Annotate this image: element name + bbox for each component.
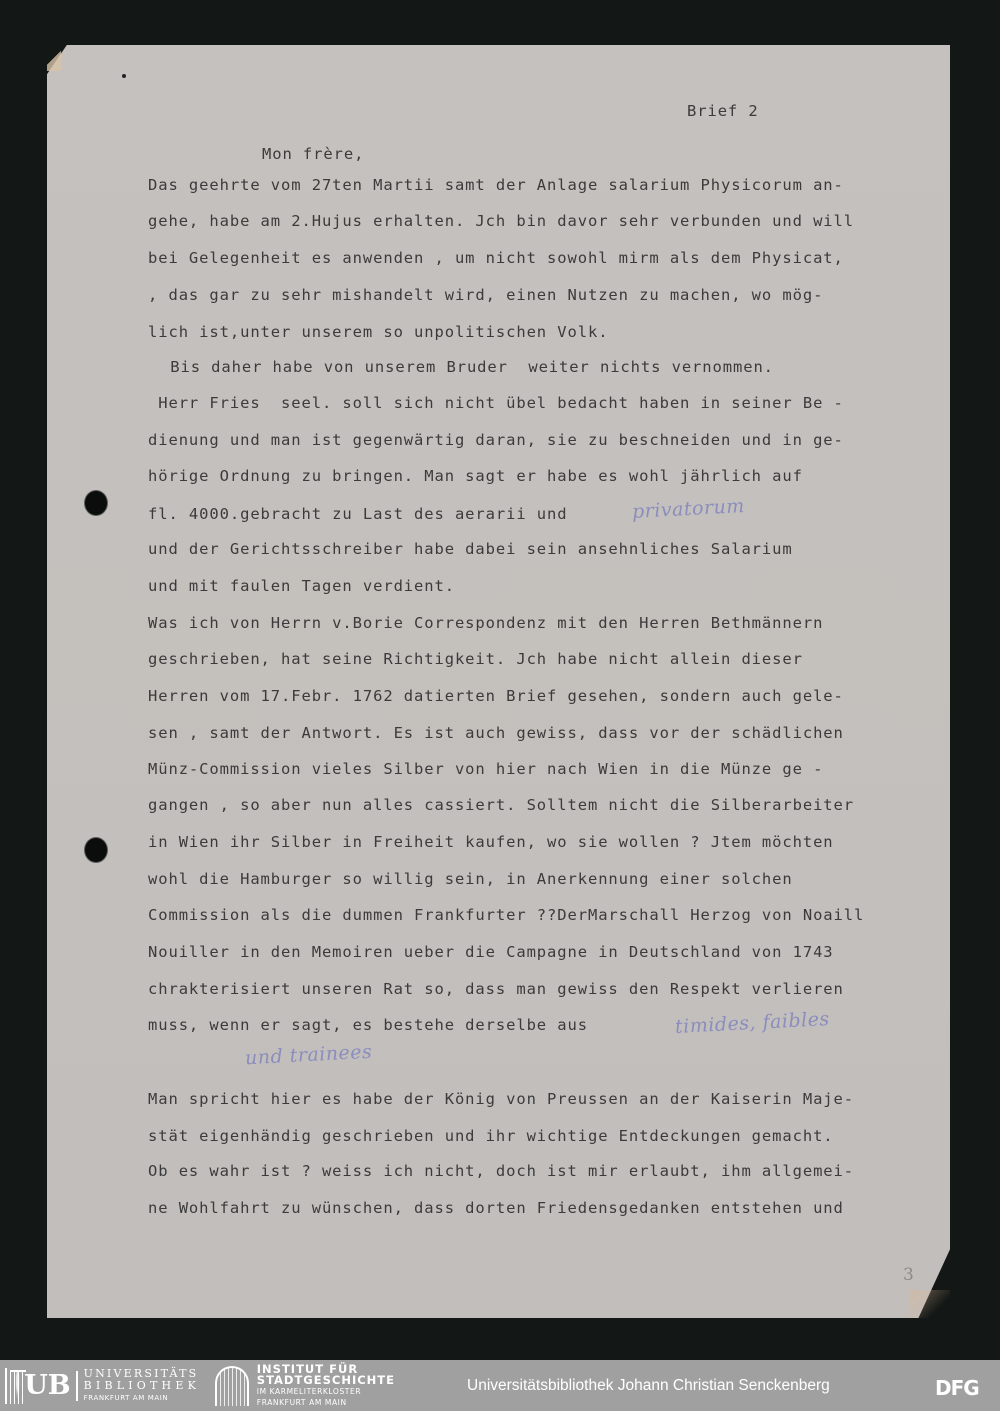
text-line: in Wien ihr Silber in Freiheit kaufen, w… (148, 833, 834, 851)
text-line: hörige Ordnung zu bringen. Man sagt er h… (148, 467, 803, 485)
text-line: dienung und man ist gegenwärtig daran, s… (148, 431, 844, 449)
letter-header: Brief 2 (687, 102, 759, 120)
library-title-link[interactable]: Universitätsbibliothek Johann Christian … (467, 1377, 830, 1395)
columns-icon (5, 1368, 12, 1404)
isg-logo[interactable]: INSTITUT FÜR STADTGESCHICHTE IM KARMELIT… (215, 1365, 395, 1407)
text-line: Was ich von Herrn v.Borie Correspondenz … (148, 614, 823, 632)
text-line: gehe, habe am 2.Hujus erhalten. Jch bin … (148, 212, 854, 230)
text-line: muss, wenn er sagt, es bestehe derselbe … (148, 1016, 588, 1034)
text-line: Das geehrte vom 27ten Martii samt der An… (148, 176, 844, 194)
salutation: Mon frère, (262, 145, 364, 163)
text-line: fl. 4000.gebracht zu Last des aerarii un… (148, 505, 568, 523)
text-line: Münz-Commission vieles Silber von hier n… (148, 760, 823, 778)
text-line: , das gar zu sehr mishandelt wird, einen… (148, 286, 823, 304)
pencil-annotation: timides, faibles (675, 1008, 831, 1038)
pencil-annotation: und trainees (245, 1041, 373, 1070)
isg-logo-line3: IM KARMELITERKLOSTER (257, 1386, 395, 1397)
typed-letter: Brief 2 Mon frère, Das geehrte vom 27ten… (0, 0, 1000, 1360)
ub-logo[interactable]: UB UNIVERSITÄTS BIBLIOTHEK FRANKFURT AM … (5, 1365, 200, 1407)
text-line: Ob es wahr ist ? weiss ich nicht, doch i… (148, 1162, 854, 1180)
text-line: Commission als die dummen Frankfurter ??… (148, 906, 864, 924)
text-line: sen , samt der Antwort. Es ist auch gewi… (148, 724, 844, 742)
text-line: bei Gelegenheit es anwenden , um nicht s… (148, 249, 844, 267)
text-line: wohl die Hamburger so willig sein, in An… (148, 870, 793, 888)
dfg-logo[interactable]: DFG (935, 1376, 979, 1400)
text-line: geschrieben, hat seine Richtigkeit. Jch … (148, 650, 803, 668)
text-line: lich ist,unter unserem so unpolitischen … (148, 323, 608, 341)
text-line: Bis daher habe von unserem Bruder weiter… (160, 358, 774, 376)
text-line: Man spricht hier es habe der König von P… (148, 1090, 854, 1108)
footer-bar: UB UNIVERSITÄTS BIBLIOTHEK FRANKFURT AM … (0, 1360, 1000, 1411)
text-line: Herr Fries seel. soll sich nicht übel be… (148, 394, 844, 412)
ub-logo-line2: BIBLIOTHEK (84, 1380, 200, 1392)
text-line: Herren vom 17.Febr. 1762 datierten Brief… (148, 687, 844, 705)
text-line: chrakterisiert unseren Rat so, dass man … (148, 980, 844, 998)
ub-logo-line3: FRANKFURT AM MAIN (84, 1392, 200, 1404)
isg-logo-line2: STADTGESCHICHTE (257, 1375, 395, 1386)
arch-icon (215, 1366, 249, 1406)
text-line: Nouiller in den Memoiren ueber die Campa… (148, 943, 834, 961)
text-line: und mit faulen Tagen verdient. (148, 577, 455, 595)
text-line: und der Gerichtsschreiber habe dabei sei… (148, 540, 793, 558)
text-line: gangen , so aber nun alles cassiert. Sol… (148, 796, 854, 814)
page-number: 3 (903, 1265, 915, 1285)
isg-logo-line4: FRANKFURT AM MAIN (257, 1397, 395, 1408)
text-line: stät eigenhändig geschrieben und ihr wic… (148, 1127, 834, 1145)
pencil-annotation: privatorum (632, 495, 746, 523)
text-line: ne Wohlfahrt zu wünschen, dass dorten Fr… (148, 1199, 844, 1217)
ub-logo-mark: UB (24, 1371, 77, 1401)
